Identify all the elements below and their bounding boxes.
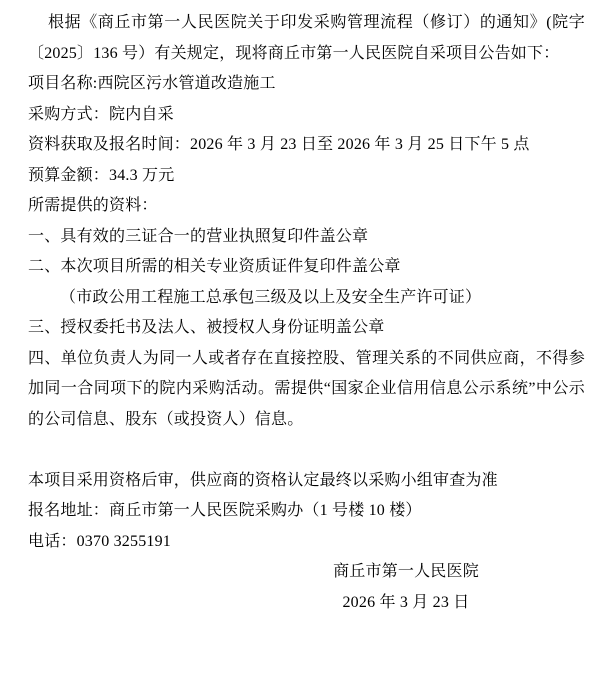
field-project-name-label: 项目名称: xyxy=(28,75,97,92)
field-budget-label: 预算金额： xyxy=(28,167,109,184)
materials-heading: 所需提供的资料： xyxy=(28,191,585,222)
requirement-item-2: 二、本次项目所需的相关专业资质证件复印件盖公章 xyxy=(28,252,585,283)
requirement-item-3: 三、授权委托书及法人、被授权人身份证明盖公章 xyxy=(28,313,585,344)
field-procurement-method-label: 采购方式： xyxy=(28,106,109,123)
field-budget-value: 34.3 万元 xyxy=(109,167,174,184)
field-registration-time: 资料获取及报名时间：2026 年 3 月 23 日至 2026 年 3 月 25… xyxy=(28,130,585,161)
signature-date: 2026 年 3 月 23 日 xyxy=(228,588,584,619)
field-procurement-method-value: 院内自采 xyxy=(109,106,174,123)
intro-paragraph: 根据《商丘市第一人民医院关于印发采购管理流程（修订）的通知》(院字〔2025〕1… xyxy=(28,8,585,69)
field-registration-time-label: 资料获取及报名时间： xyxy=(28,136,190,153)
field-project-name-value: 西院区污水管道改造施工 xyxy=(97,75,275,92)
field-budget: 预算金额：34.3 万元 xyxy=(28,161,585,192)
requirement-item-4: 四、单位负责人为同一人或者存在直接控股、管理关系的不同供应商，不得参加同一合同项… xyxy=(28,344,585,436)
contact-phone: 电话：0370 3255191 xyxy=(28,527,585,558)
procurement-announcement-document: 根据《商丘市第一人民医院关于印发采购管理流程（修订）的通知》(院字〔2025〕1… xyxy=(0,0,612,674)
field-project-name: 项目名称:西院区污水管道改造施工 xyxy=(28,69,585,100)
field-procurement-method: 采购方式：院内自采 xyxy=(28,100,585,131)
qualification-review-note: 本项目采用资格后审，供应商的资格认定最终以采购小组审查为准 xyxy=(28,466,585,497)
field-registration-time-value: 2026 年 3 月 23 日至 2026 年 3 月 25 日下午 5 点 xyxy=(190,136,530,153)
registration-address: 报名地址：商丘市第一人民医院采购办（1 号楼 10 楼） xyxy=(28,496,585,527)
requirement-item-2-note: （市政公用工程施工总承包三级及以上及安全生产许可证） xyxy=(28,283,585,314)
requirement-item-1: 一、具有效的三证合一的营业执照复印件盖公章 xyxy=(28,222,585,253)
signature-org: 商丘市第一人民医院 xyxy=(228,557,584,588)
signature-block: 商丘市第一人民医院 2026 年 3 月 23 日 xyxy=(228,557,584,618)
